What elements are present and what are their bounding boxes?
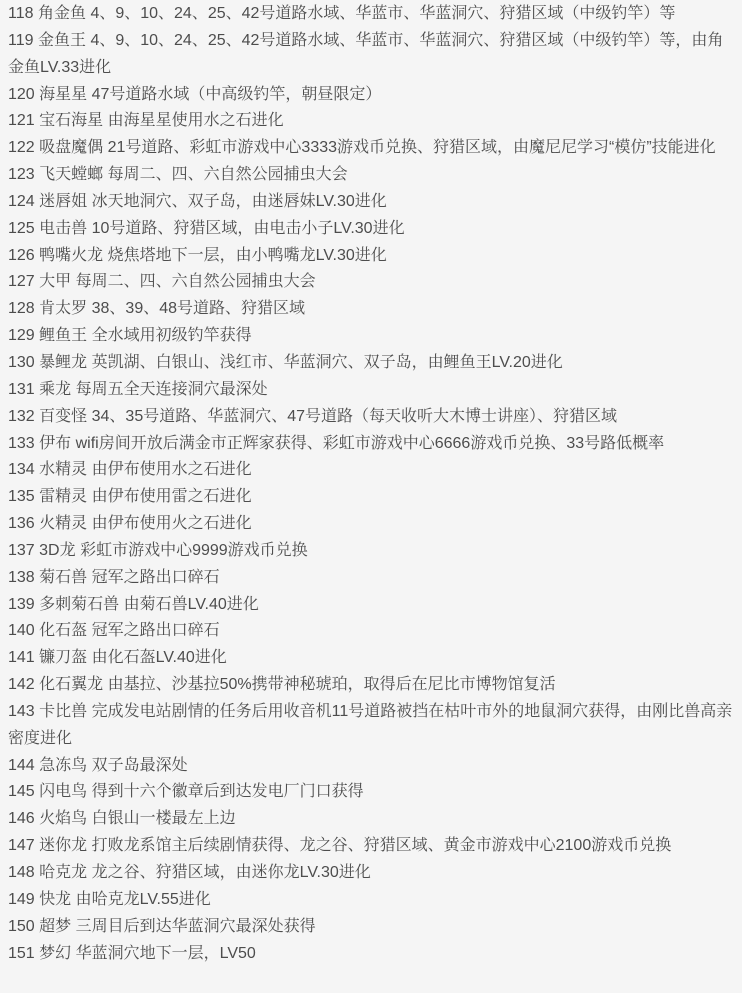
entry-number: 140: [8, 622, 35, 639]
entry-number: 134: [8, 461, 35, 478]
entry-number: 136: [8, 515, 35, 532]
entry-pokemon-name: 吸盘魔偶: [39, 139, 103, 156]
list-entry: 125 电击兽 10号道路、狩猎区域，由电击小子LV.30进化: [8, 216, 734, 243]
entry-description: 38、39、48号道路、狩猎区域: [92, 300, 305, 317]
entry-description: 4、9、10、24、25、42号道路水域、华蓝市、华蓝洞穴、狩猎区域（中级钓竿）…: [8, 32, 723, 76]
entry-number: 137: [8, 542, 35, 559]
entry-number: 141: [8, 649, 35, 666]
entry-pokemon-name: 镰刀盔: [39, 649, 87, 666]
entry-pokemon-name: 电击兽: [39, 220, 87, 237]
entry-number: 149: [8, 891, 35, 908]
entry-number: 148: [8, 864, 35, 881]
entry-description: 双子岛最深处: [92, 757, 188, 774]
entry-description: 华蓝洞穴地下一层，LV50: [76, 945, 256, 962]
entry-pokemon-name: 迷你龙: [39, 837, 87, 854]
entry-number: 151: [8, 945, 35, 962]
list-entry: 142 化石翼龙 由基拉、沙基拉50%携带神秘琥珀，取得后在尼比市博物馆复活: [8, 672, 734, 699]
entry-pokemon-name: 鸭嘴火龙: [39, 247, 103, 264]
entry-number: 121: [8, 112, 35, 129]
entry-pokemon-name: 哈克龙: [39, 864, 87, 881]
entry-pokemon-name: 火精灵: [39, 515, 87, 532]
list-entry: 118 角金鱼 4、9、10、24、25、42号道路水域、华蓝市、华蓝洞穴、狩猎…: [8, 1, 734, 28]
entry-pokemon-name: 快龙: [39, 891, 71, 908]
entry-description: 冰天地洞穴、双子岛，由迷唇妹LV.30进化: [92, 193, 387, 210]
list-entry: 139 多刺菊石兽 由菊石兽LV.40进化: [8, 592, 734, 619]
entry-description: 47号道路水域（中高级钓竿，朝昼限定）: [92, 86, 382, 103]
entry-number: 130: [8, 354, 35, 371]
entry-number: 127: [8, 273, 35, 290]
entry-number: 124: [8, 193, 35, 210]
entry-pokemon-name: 菊石兽: [39, 569, 87, 586]
entry-number: 147: [8, 837, 35, 854]
list-entry: 132 百变怪 34、35号道路、华蓝洞穴、47号道路（每天收听大木博士讲座）、…: [8, 404, 734, 431]
list-entry: 128 肯太罗 38、39、48号道路、狩猎区域: [8, 296, 734, 323]
list-entry: 138 菊石兽 冠军之路出口碎石: [8, 565, 734, 592]
list-entry: 122 吸盘魔偶 21号道路、彩虹市游戏中心3333游戏币兑换、狩猎区域，由魔尼…: [8, 135, 734, 162]
entry-description: 打败龙系馆主后续剧情获得、龙之谷、狩猎区域、黄金市游戏中心2100游戏币兑换: [92, 837, 672, 854]
entry-description: 每周二、四、六自然公园捕虫大会: [108, 166, 348, 183]
entry-pokemon-name: 金鱼王: [38, 32, 86, 49]
entry-description: 彩虹市游戏中心9999游戏币兑换: [80, 542, 308, 559]
pokemon-location-list: 118 角金鱼 4、9、10、24、25、42号道路水域、华蓝市、华蓝洞穴、狩猎…: [0, 0, 742, 967]
list-entry: 127 大甲 每周二、四、六自然公园捕虫大会: [8, 269, 734, 296]
entry-description: wifi房间开放后满金市正辉家获得、彩虹市游戏中心6666游戏币兑换、33号路低…: [76, 435, 665, 452]
list-entry: 140 化石盔 冠军之路出口碎石: [8, 618, 734, 645]
entry-description: 由伊布使用水之石进化: [92, 461, 252, 478]
entry-description: 每周五全天连接洞穴最深处: [76, 381, 268, 398]
entry-pokemon-name: 雷精灵: [39, 488, 87, 505]
entry-number: 128: [8, 300, 35, 317]
entry-pokemon-name: 宝石海星: [39, 112, 103, 129]
list-entry: 121 宝石海星 由海星星使用水之石进化: [8, 108, 734, 135]
list-entry: 146 火焰鸟 白银山一楼最左上边: [8, 806, 734, 833]
list-entry: 133 伊布 wifi房间开放后满金市正辉家获得、彩虹市游戏中心6666游戏币兑…: [8, 431, 734, 458]
entry-pokemon-name: 乘龙: [39, 381, 71, 398]
entry-number: 120: [8, 86, 35, 103]
entry-description: 由伊布使用火之石进化: [92, 515, 252, 532]
entry-pokemon-name: 化石翼龙: [39, 676, 103, 693]
list-entry: 124 迷唇姐 冰天地洞穴、双子岛，由迷唇妹LV.30进化: [8, 189, 734, 216]
entry-description: 由哈克龙LV.55进化: [76, 891, 211, 908]
list-entry: 150 超梦 三周目后到达华蓝洞穴最深处获得: [8, 914, 734, 941]
entry-number: 133: [8, 435, 35, 452]
entry-pokemon-name: 化石盔: [39, 622, 87, 639]
entry-description: 4、9、10、24、25、42号道路水域、华蓝市、华蓝洞穴、狩猎区域（中级钓竿）…: [90, 5, 675, 22]
list-entry: 145 闪电鸟 得到十六个徽章后到达发电厂门口获得: [8, 779, 734, 806]
entry-description: 由菊石兽LV.40进化: [124, 596, 259, 613]
entry-pokemon-name: 闪电鸟: [39, 783, 87, 800]
list-entry: 134 水精灵 由伊布使用水之石进化: [8, 457, 734, 484]
list-entry: 143 卡比兽 完成发电站剧情的任务后用收音机11号道路被挡在枯叶市外的地鼠洞穴…: [8, 699, 734, 753]
entry-number: 118: [8, 5, 34, 22]
entry-description: 龙之谷、狩猎区域，由迷你龙LV.30进化: [92, 864, 371, 881]
list-entry: 136 火精灵 由伊布使用火之石进化: [8, 511, 734, 538]
entry-pokemon-name: 梦幻: [39, 945, 71, 962]
list-entry: 148 哈克龙 龙之谷、狩猎区域，由迷你龙LV.30进化: [8, 860, 734, 887]
entry-number: 139: [8, 596, 35, 613]
entry-description: 烧焦塔地下一层，由小鸭嘴龙LV.30进化: [108, 247, 387, 264]
entry-pokemon-name: 飞天螳螂: [39, 166, 103, 183]
entry-pokemon-name: 急冻鸟: [39, 757, 87, 774]
entry-number: 144: [8, 757, 35, 774]
list-entry: 123 飞天螳螂 每周二、四、六自然公园捕虫大会: [8, 162, 734, 189]
entry-number: 150: [8, 918, 35, 935]
entry-pokemon-name: 角金鱼: [38, 5, 86, 22]
entry-pokemon-name: 海星星: [39, 86, 87, 103]
entry-pokemon-name: 暴鲤龙: [39, 354, 87, 371]
list-entry: 131 乘龙 每周五全天连接洞穴最深处: [8, 377, 734, 404]
entry-number: 129: [8, 327, 35, 344]
entry-description: 得到十六个徽章后到达发电厂门口获得: [92, 783, 364, 800]
entry-pokemon-name: 大甲: [39, 273, 71, 290]
entry-number: 132: [8, 408, 35, 425]
entry-pokemon-name: 3D龙: [39, 542, 75, 559]
list-entry: 137 3D龙 彩虹市游戏中心9999游戏币兑换: [8, 538, 734, 565]
entry-number: 138: [8, 569, 35, 586]
list-entry: 130 暴鲤龙 英凯湖、白银山、浅红市、华蓝洞穴、双子岛，由鲤鱼王LV.20进化: [8, 350, 734, 377]
entry-number: 126: [8, 247, 35, 264]
entry-pokemon-name: 肯太罗: [39, 300, 87, 317]
list-entry: 120 海星星 47号道路水域（中高级钓竿，朝昼限定）: [8, 82, 734, 109]
entry-description: 完成发电站剧情的任务后用收音机11号道路被挡在枯叶市外的地鼠洞穴获得，由刚比兽高…: [8, 703, 732, 747]
entry-pokemon-name: 超梦: [39, 918, 71, 935]
list-entry: 126 鸭嘴火龙 烧焦塔地下一层，由小鸭嘴龙LV.30进化: [8, 243, 734, 270]
entry-pokemon-name: 迷唇姐: [39, 193, 87, 210]
entry-number: 145: [8, 783, 35, 800]
entry-description: 由基拉、沙基拉50%携带神秘琥珀，取得后在尼比市博物馆复活: [108, 676, 556, 693]
entry-description: 冠军之路出口碎石: [92, 569, 220, 586]
entry-description: 由海星星使用水之石进化: [108, 112, 284, 129]
entry-number: 135: [8, 488, 35, 505]
entry-pokemon-name: 百变怪: [39, 408, 87, 425]
entry-number: 119: [8, 32, 34, 49]
list-entry: 135 雷精灵 由伊布使用雷之石进化: [8, 484, 734, 511]
entry-pokemon-name: 水精灵: [39, 461, 87, 478]
entry-number: 131: [8, 381, 35, 398]
entry-description: 英凯湖、白银山、浅红市、华蓝洞穴、双子岛，由鲤鱼王LV.20进化: [92, 354, 563, 371]
entry-description: 白银山一楼最左上边: [92, 810, 236, 827]
entry-description: 三周目后到达华蓝洞穴最深处获得: [76, 918, 316, 935]
entry-description: 全水域用初级钓竿获得: [92, 327, 252, 344]
entry-number: 143: [8, 703, 35, 720]
entry-number: 125: [8, 220, 35, 237]
list-entry: 151 梦幻 华蓝洞穴地下一层，LV50: [8, 941, 734, 968]
entry-description: 34、35号道路、华蓝洞穴、47号道路（每天收听大木博士讲座）、狩猎区域: [92, 408, 617, 425]
entry-pokemon-name: 伊布: [39, 435, 71, 452]
entry-number: 146: [8, 810, 35, 827]
entry-number: 142: [8, 676, 35, 693]
list-entry: 141 镰刀盔 由化石盔LV.40进化: [8, 645, 734, 672]
list-entry: 147 迷你龙 打败龙系馆主后续剧情获得、龙之谷、狩猎区域、黄金市游戏中心210…: [8, 833, 734, 860]
entry-description: 每周二、四、六自然公园捕虫大会: [76, 273, 316, 290]
entry-pokemon-name: 火焰鸟: [39, 810, 87, 827]
list-entry: 129 鲤鱼王 全水域用初级钓竿获得: [8, 323, 734, 350]
list-entry: 144 急冻鸟 双子岛最深处: [8, 753, 734, 780]
entry-description: 21号道路、彩虹市游戏中心3333游戏币兑换、狩猎区域，由魔尼尼学习“模仿”技能…: [108, 139, 716, 156]
entry-pokemon-name: 多刺菊石兽: [39, 596, 119, 613]
entry-number: 122: [8, 139, 35, 156]
entry-description: 由化石盔LV.40进化: [92, 649, 227, 666]
list-entry: 149 快龙 由哈克龙LV.55进化: [8, 887, 734, 914]
entry-description: 冠军之路出口碎石: [92, 622, 220, 639]
entry-description: 由伊布使用雷之石进化: [92, 488, 252, 505]
entry-pokemon-name: 鲤鱼王: [39, 327, 87, 344]
list-entry: 119 金鱼王 4、9、10、24、25、42号道路水域、华蓝市、华蓝洞穴、狩猎…: [8, 28, 734, 82]
entry-pokemon-name: 卡比兽: [39, 703, 87, 720]
entry-number: 123: [8, 166, 35, 183]
entry-description: 10号道路、狩猎区域，由电击小子LV.30进化: [92, 220, 405, 237]
